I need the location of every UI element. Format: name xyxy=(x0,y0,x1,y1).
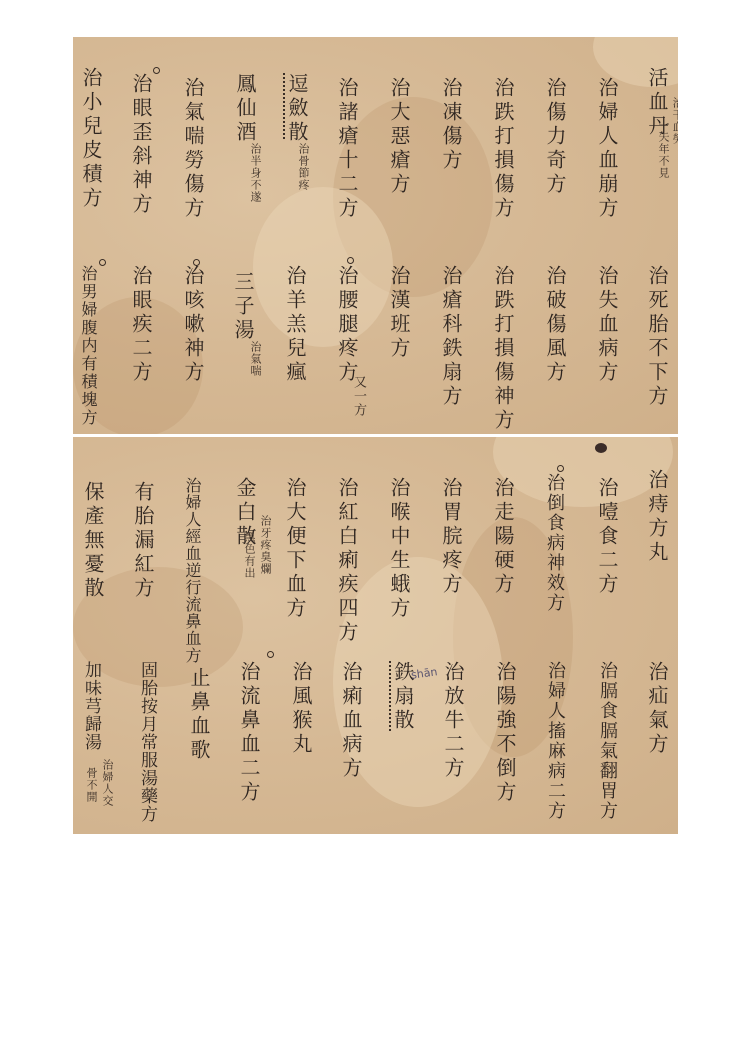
entry-title: 治流鼻血二方 xyxy=(237,661,261,805)
entry-title: 治失血病方 xyxy=(595,265,619,385)
entry-title: 治眼歪斜神方 xyxy=(129,73,153,217)
entry-note: 治氣喘 xyxy=(249,341,261,377)
entry-title: 治噎食二方 xyxy=(595,477,619,597)
entry-title: 治跌打損傷神方 xyxy=(491,265,515,433)
entry-title: 治凍傷方 xyxy=(439,77,463,173)
entry-title: 三子湯 xyxy=(231,271,255,343)
entry-title: 治痔方丸 xyxy=(645,469,669,565)
entry-note: 黑色有出 xyxy=(243,531,255,579)
entry-title: 治咳嗽神方 xyxy=(181,265,205,385)
pinyin-annotation: shān xyxy=(410,665,438,682)
emphasis-mark xyxy=(283,73,291,139)
entry-note: 治骨節疼 xyxy=(297,143,309,191)
entry-title: 止鼻血歌 xyxy=(187,667,211,763)
entry-title: 治膈食膈氣翻胃方 xyxy=(597,661,618,821)
entry-title: 治婦人經血逆行流鼻血方 xyxy=(183,477,201,664)
entry-title: 治紅白痢疾四方 xyxy=(335,477,359,645)
entry-title: 治破傷風方 xyxy=(543,265,567,385)
ink-blot xyxy=(595,443,607,453)
entry-note: 骨不開 xyxy=(85,767,97,803)
entry-title: 治氣喘勞傷方 xyxy=(181,77,205,221)
top-page: 活血丹 治干血勞 一矢年不見 治婦人血崩方 治傷力奇方 治跌打損傷方 治凍傷方 … xyxy=(73,37,678,434)
entry-title: 治走陽硬方 xyxy=(491,477,515,597)
entry-title: 治諸瘡十二方 xyxy=(335,77,359,221)
entry-title: 治小兒皮積方 xyxy=(79,67,103,211)
entry-title: 治風猴丸 xyxy=(289,661,313,757)
entry-note: 治牙疼臭爛 xyxy=(259,515,271,575)
entry-note: 治半身不遂 xyxy=(249,143,261,203)
entry-title: 治胃脘疼方 xyxy=(439,477,463,597)
circle-mark xyxy=(557,465,564,472)
entry-title: 治眼疾二方 xyxy=(129,265,153,385)
entry-title: 治大惡瘡方 xyxy=(387,77,411,197)
entry-note: 一矢年不見 xyxy=(657,119,669,179)
entry-title: 治疝氣方 xyxy=(645,661,669,757)
bottom-page: 治痔方丸 治噎食二方 治倒食病神效方 治走陽硬方 治胃脘疼方 治喉中生蛾方 治紅… xyxy=(73,437,678,834)
entry-title: 治腰腿疼方 xyxy=(335,265,359,385)
entry-title: 鳳仙酒 xyxy=(233,73,257,145)
entry-note: 又一方 xyxy=(351,375,366,417)
emphasis-mark xyxy=(389,661,397,731)
entry-title: 治喉中生蛾方 xyxy=(387,477,411,621)
entry-title: 有胎漏紅方 xyxy=(131,481,155,601)
entry-title: 治跌打損傷方 xyxy=(491,77,515,221)
water-stain xyxy=(253,187,393,347)
entry-title: 治婦人血崩方 xyxy=(595,77,619,221)
entry-title: 治瘡科鉄扇方 xyxy=(439,265,463,409)
entry-title: 治倒食病神效方 xyxy=(543,473,565,613)
entry-title: 治羊羔兒瘋 xyxy=(283,265,307,385)
entry-title: 治男婦腹内有積塊方 xyxy=(79,265,98,427)
entry-title: 治漢班方 xyxy=(387,265,411,361)
entry-title: 治死胎不下方 xyxy=(645,265,669,409)
entry-title: 保產無憂散 xyxy=(81,481,105,601)
circle-mark xyxy=(153,67,160,74)
circle-mark xyxy=(267,651,274,658)
entry-note: 治干血勞 xyxy=(671,97,678,145)
circle-mark xyxy=(347,257,354,264)
entry-title: 治痢血病方 xyxy=(339,661,363,781)
entry-title: 治婦人搐麻病二方 xyxy=(545,661,566,821)
entry-note: 治婦人交 xyxy=(101,759,113,807)
entry-title: 固胎按月常服湯藥方 xyxy=(137,661,157,823)
entry-title: 治放牛二方 xyxy=(441,661,465,781)
entry-title: 治陽強不倒方 xyxy=(493,661,517,805)
entry-title: 加味芎歸湯 xyxy=(81,661,101,751)
circle-mark xyxy=(99,259,106,266)
entry-title: 治大便下血方 xyxy=(283,477,307,621)
entry-title: 治傷力奇方 xyxy=(543,77,567,197)
